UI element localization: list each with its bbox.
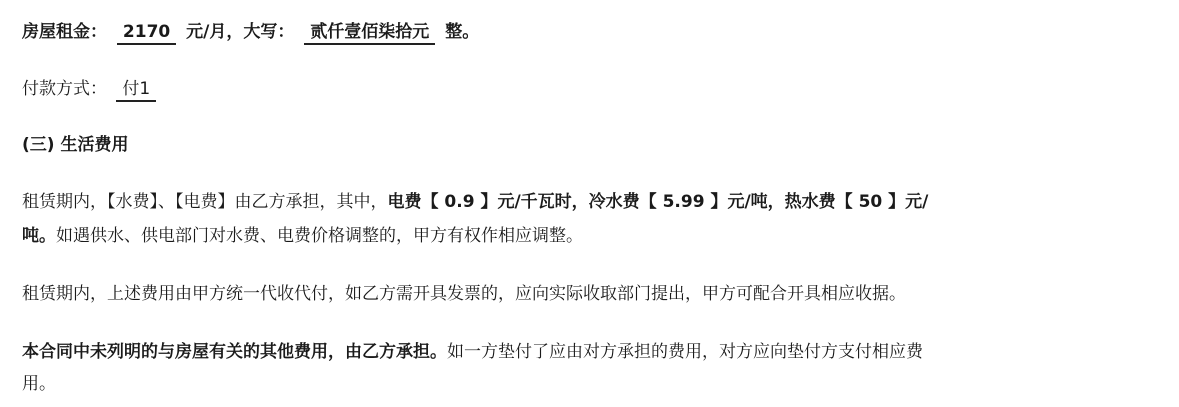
payment-value: 付1 [116,78,156,102]
utilities-paragraph-line-2: 吨。如遇供水、供电部门对水费、电费价格调整的，甲方有权作相应调整。 [22,224,583,248]
utilities-rates-end: 吨。 [22,226,56,246]
utilities-rates: 电费【 0.9 】元/千瓦时，冷水费【 5.99 】元/吨，热水费【 50 】元… [388,192,929,212]
section-title: (三) 生活费用 [22,133,128,157]
payment-line: 付款方式： 付1 [22,77,160,102]
rent-unit: 元/月，大写： [186,22,294,42]
collection-paragraph: 租赁期内，上述费用由甲方统一代收代付，如乙方需开具发票的，应向实际收取部门提出，… [22,282,906,306]
contract-document: 房屋租金： 2170 元/月，大写： 贰仟壹佰柒拾元 整。 付款方式： 付1 (… [0,0,1179,407]
utilities-intro: 租赁期内，【水费】、【电费】由乙方承担，其中， [22,192,388,212]
rent-label: 房屋租金： [22,22,107,42]
utilities-adjustment: 如遇供水、供电部门对水费、电费价格调整的，甲方有权作相应调整。 [56,226,583,246]
rent-line: 房屋租金： 2170 元/月，大写： 贰仟壹佰柒拾元 整。 [22,20,479,45]
rent-amount: 2170 [117,21,176,45]
other-fees-paragraph-line-1: 本合同中未列明的与房屋有关的其他费用，由乙方承担。如一方垫付了应由对方承担的费用… [22,340,923,364]
payment-label: 付款方式： [22,79,107,99]
utilities-paragraph-line-1: 租赁期内，【水费】、【电费】由乙方承担，其中，电费【 0.9 】元/千瓦时，冷水… [22,190,928,214]
rent-amount-upper: 贰仟壹佰柒拾元 [304,21,435,45]
other-fees-bold: 本合同中未列明的与房屋有关的其他费用，由乙方承担。 [22,342,447,362]
other-fees-paragraph-line-2: 用。 [22,372,56,396]
other-fees-text: 如一方垫付了应由对方承担的费用，对方应向垫付方支付相应费 [447,342,923,362]
rent-suffix: 整。 [445,22,479,42]
